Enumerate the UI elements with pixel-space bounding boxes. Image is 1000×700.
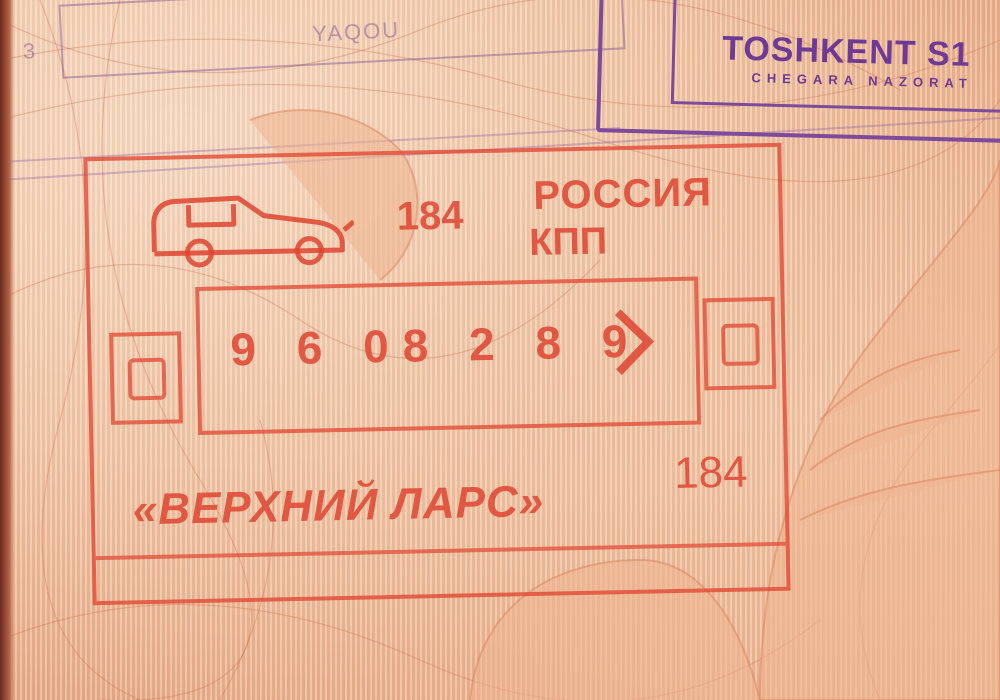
date-box: 9 6 08 2 8 9 [195,277,701,436]
uz-stamp-corner-mark: 5 [628,0,642,3]
passport-spine [0,0,14,700]
left-marker-box [109,331,183,424]
old-stamp-text: YAQOU [312,17,401,48]
country-name: РОССИЯ [533,170,712,219]
uzbek-border-stamp: 5 TOSHKENT S1 CHEGARA NAZORAT [596,0,1000,144]
right-marker-inner [721,323,760,366]
old-stamp-digit: 3 [22,38,36,65]
stamp-bottom-rule [96,542,786,560]
checkpoint-number-top: 184 [396,193,464,239]
left-marker-inner [128,358,167,401]
checkpoint-type: КПП [529,220,608,265]
russian-border-stamp: 184 РОССИЯ КПП 9 6 08 2 8 9 «ВЕРХНИЙ ЛАР… [83,143,790,606]
car-icon [143,178,355,272]
right-marker-box [702,297,776,390]
checkpoint-number-bottom: 184 [674,448,748,500]
stamp-date: 9 6 08 2 8 9 [230,314,642,377]
arrow-icon [610,301,662,382]
uz-stamp-title: TOSHKENT S1 [722,29,971,74]
checkpoint-place-name: «ВЕРХНИЙ ЛАРС» [132,477,544,536]
